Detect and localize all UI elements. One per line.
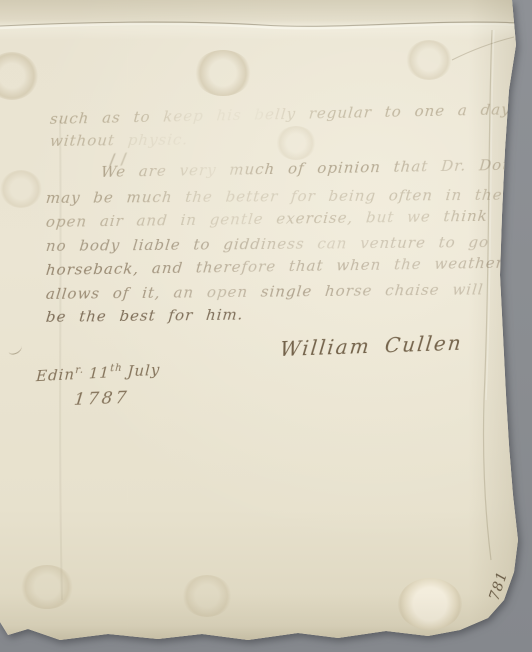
stain-spot [194,50,252,96]
letter-line: We are very much of opinion that Dr. Dou… [100,155,532,181]
paper-shadow-wrap: such as to keep his belly regular to one… [0,0,532,652]
dateline-day-superscript: th [110,363,123,375]
letter-paper: such as to keep his belly regular to one… [0,0,532,652]
stain-spot [182,575,232,617]
stain-spot [20,565,74,609]
ink-flourish [7,342,23,356]
letter-line: without physic. [49,131,189,150]
paper-creases [0,0,532,652]
dateline-day: 11 [88,363,110,382]
stain-spot [406,40,452,80]
stain-blob [398,578,462,630]
year-label: 1787 [73,388,130,410]
letter-line: such as to keep his belly regular to one… [49,100,511,128]
archival-number: 781 [487,569,511,602]
dateline-place-superscript: r. [75,365,84,377]
dateline-place: Edin [36,365,76,385]
dateline: Edinr.11thJuly [36,361,161,386]
dateline-month: July [127,361,161,381]
letter-line: open air and in gentle exercise, but we … [45,207,489,231]
signature: William Cullen [279,331,464,361]
letter-line: horseback, and therefore that when the w… [45,254,505,279]
letter-line: no body liable to giddiness can venture … [45,233,523,255]
stain-spot [0,52,38,100]
paper-shading [0,0,532,652]
letter-line: be the best for him. [45,306,244,326]
stain-spot [276,126,316,160]
stain-spot [0,170,42,208]
letter-line: may be much the better for being often i… [45,186,503,207]
letter-photograph: such as to keep his belly regular to one… [0,0,532,652]
letter-line: allows of it, an open single horse chais… [45,280,484,303]
